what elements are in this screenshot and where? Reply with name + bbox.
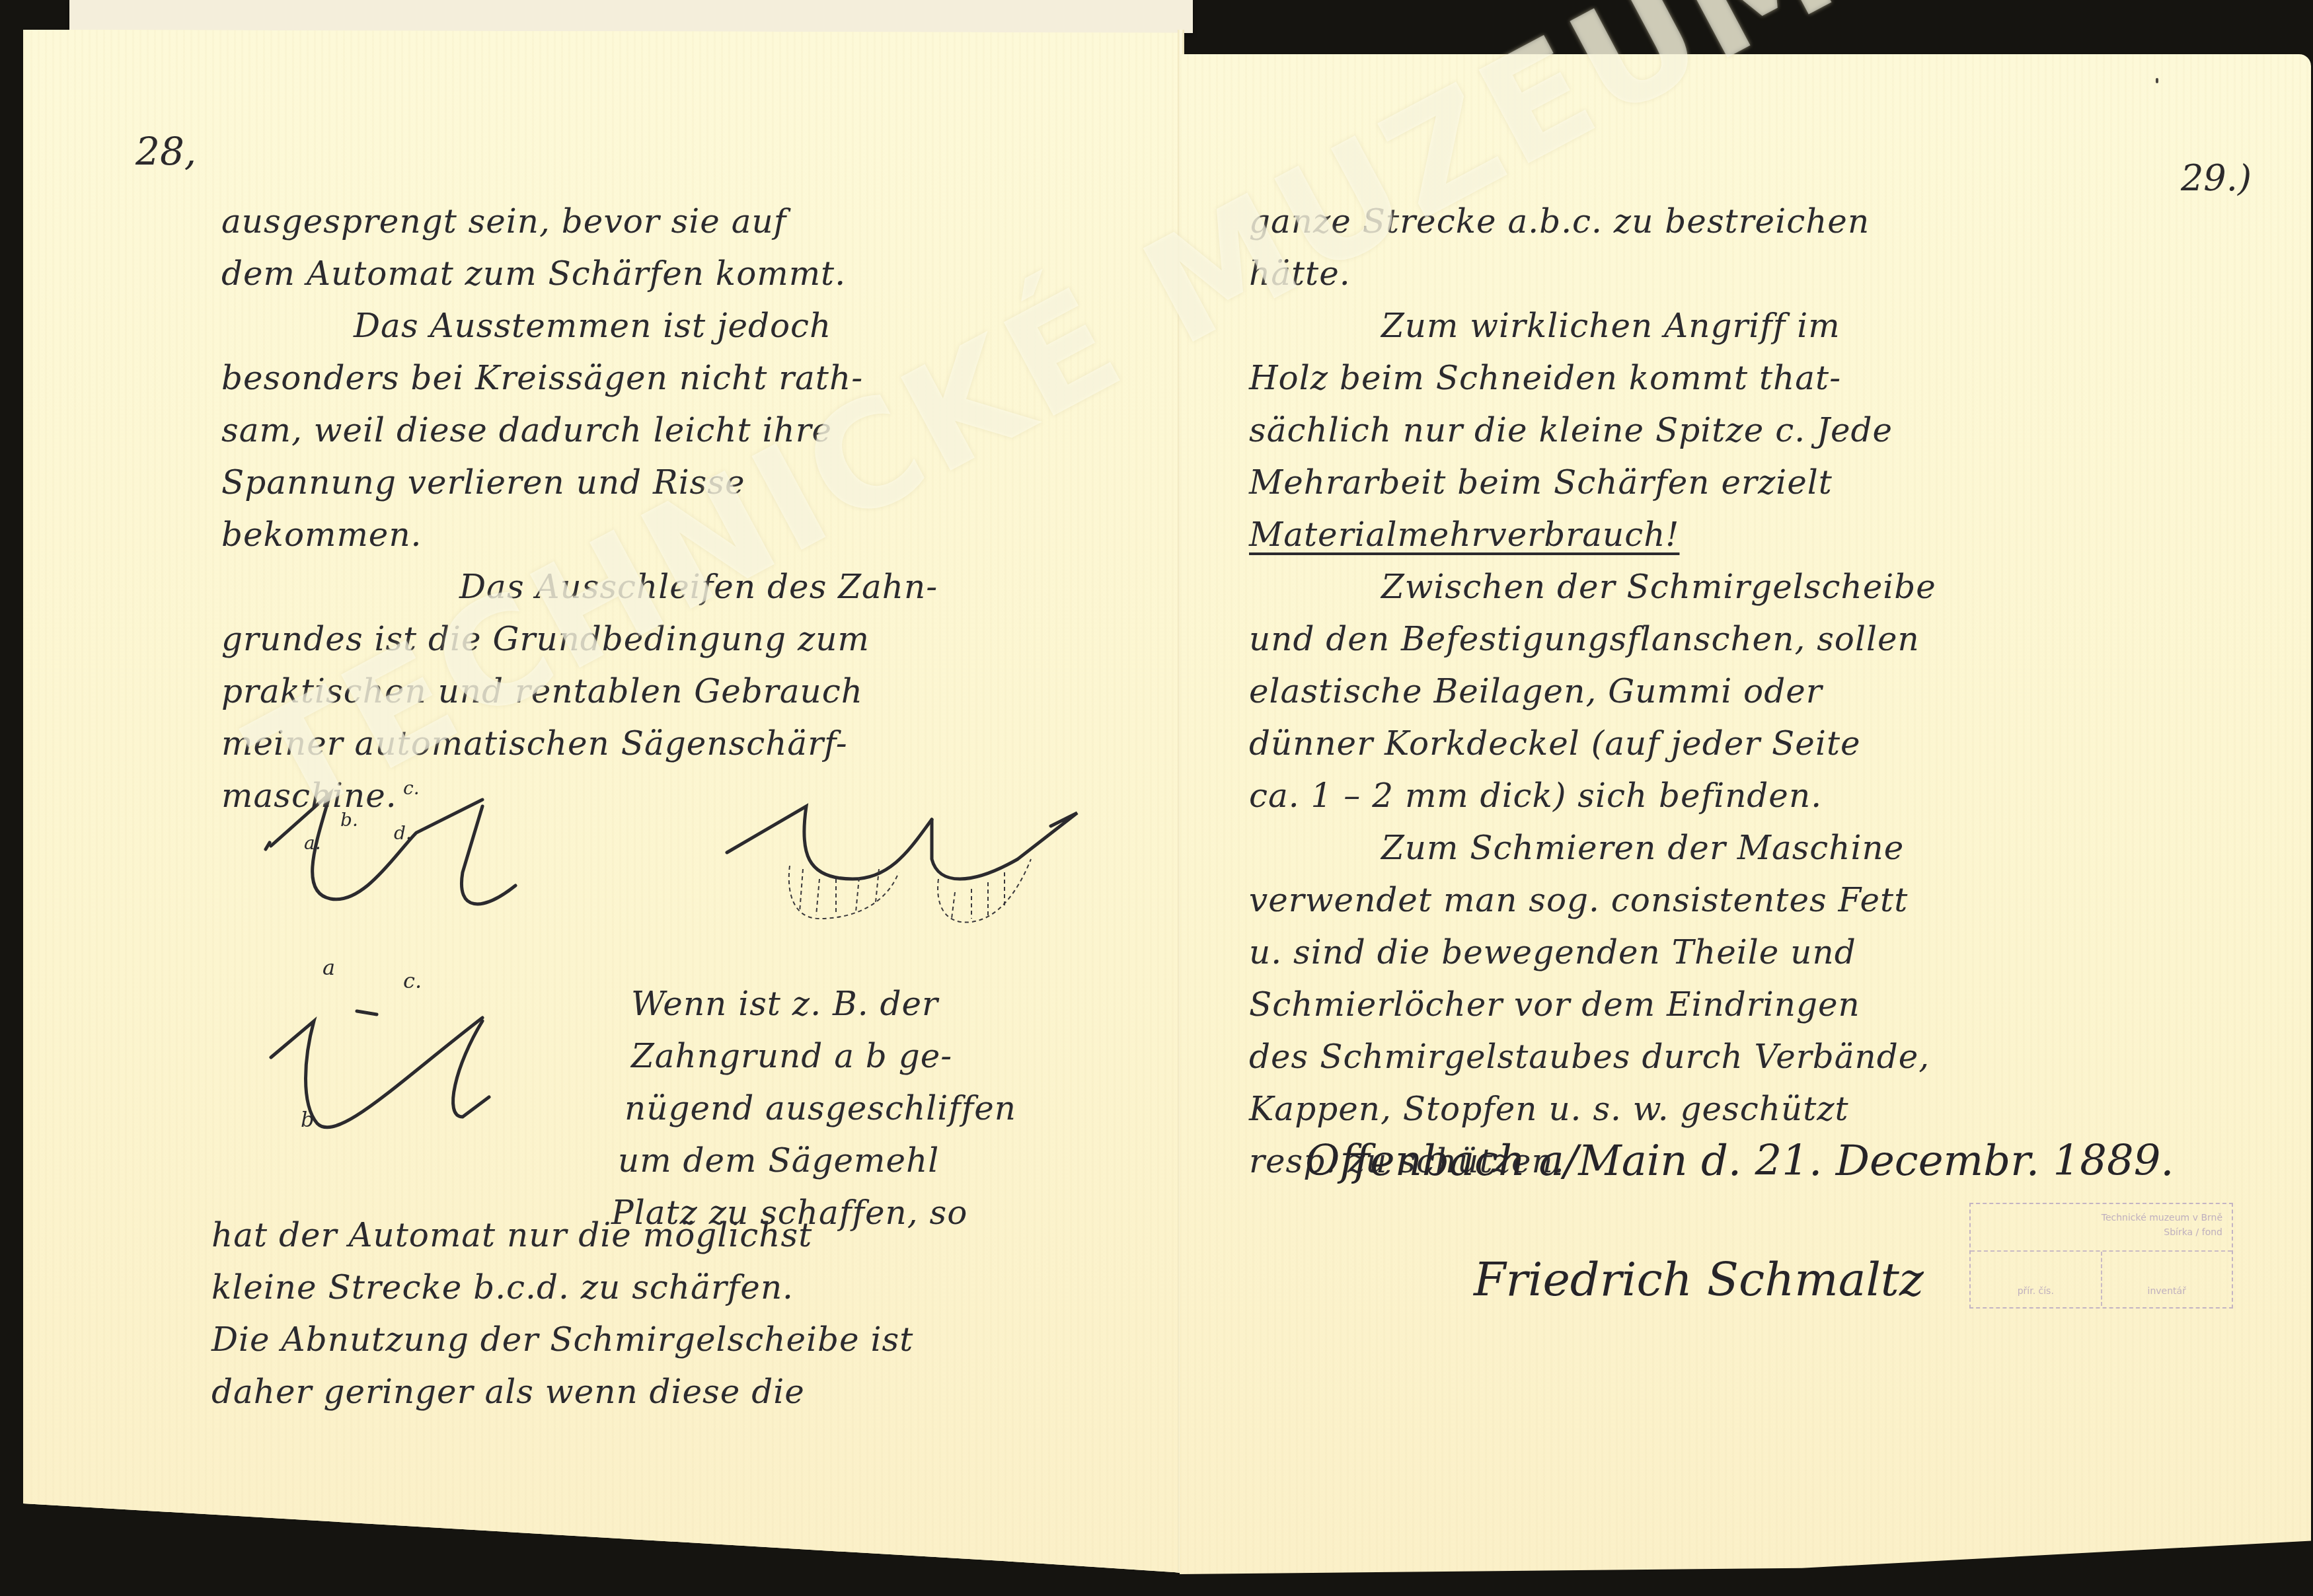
back-sheet-edge [69,0,1193,33]
page-number-left: 28, [135,129,196,174]
label-c: c. [403,777,420,799]
text-line: hätte. [1249,248,1936,300]
stamp-line-1: Technické muzeum v Brně [1980,1211,2222,1225]
text-line: Mehrarbeit beim Schärfen erzielt [1249,457,1936,509]
text-line: Zwischen der Schmirgelscheibe [1249,561,1936,613]
signature: Friedrich Schmaltz [1474,1252,1924,1307]
left-text-beside-figure: Wenn ist z. B. der Zahngrund a b ge- nüg… [605,978,1016,1239]
text-line: Holz beim Schneiden kommt that- [1249,352,1936,404]
text-line: Schmierlöcher vor dem Eindringen [1249,979,1936,1031]
text-line: daher geringer als wenn diese die [211,1366,913,1418]
text-line: ausgesprengt sein, bevor sie auf [221,196,938,248]
page-number-right: 29.) [2181,157,2252,199]
text-line: Wenn ist z. B. der [605,978,1016,1030]
stamp-cell-left: přír. čís. [1971,1252,2101,1306]
text-line: ca. 1 – 2 mm dick) sich befinden. [1249,770,1936,822]
text-line: um dem Sägemehl [605,1135,1016,1187]
text-line: u. sind die bewegenden Theile und [1249,927,1936,979]
label-b: b. [340,809,358,831]
label-c: c. [403,968,422,993]
text-line: Das Ausschleifen des Zahn- [221,561,938,613]
text-line: elastische Beilagen, Gummi oder [1249,665,1936,718]
text-line: grundes ist die Grundbedingung zum [221,613,938,665]
text-line: dünner Korkdeckel (auf jeder Seite [1249,718,1936,770]
museum-inventory-stamp: Technické muzeum v Brně Sbírka / fond př… [1969,1203,2233,1309]
text-line: und den Befestigungsflanschen, sollen [1249,613,1936,665]
text-line: Zum Schmieren der Maschine [1249,822,1936,874]
label-a: a. [304,832,321,854]
text-line: bekommen. [221,509,938,561]
saw-tooth-diagram-2-worn [720,780,1104,968]
place-and-date: Offenbach a/Main d. 21. Decembr. 1889. [1305,1137,2174,1186]
left-text-bottom: hat der Automat nur die möglichst kleine… [211,1209,913,1418]
label-d: d. [394,822,412,844]
saw-tooth-diagram-1: a. b. c. d. [264,760,661,974]
text-line: verwendet man sog. consistentes Fett [1249,874,1936,927]
label-b: b [301,1107,314,1132]
right-body-text: ganze Strecke a.b.c. zu bestreichen hätt… [1249,196,1936,1188]
text-line: Zum wirklichen Angriff im [1249,300,1936,352]
text-line-underlined: Materialmehrverbrauch! [1249,509,1936,561]
text-line: hat der Automat nur die möglichst [211,1209,913,1262]
text-line: praktischen und rentablen Gebrauch [221,665,938,718]
text-line: dem Automat zum Schärfen kommt. [221,248,938,300]
text-line: kleine Strecke b.c.d. zu schärfen. [211,1262,913,1314]
text-line: besonders bei Kreissägen nicht rath- [221,352,938,404]
text-line: Die Abnutzung der Schmirgelscheibe ist [211,1314,913,1366]
ink-speck [2156,78,2158,83]
left-body-text: ausgesprengt sein, bevor sie auf dem Aut… [221,196,938,822]
text-line: Das Ausstemmen ist jedoch [221,300,938,352]
text-line: Spannung verlieren und Risse [221,457,938,509]
label-a: a [322,955,335,980]
stamp-line-2: Sbírka / fond [1980,1225,2222,1240]
text-line: Kappen, Stopfen u. s. w. geschützt [1249,1083,1936,1135]
text-line: Zahngrund a b ge- [605,1030,1016,1083]
text-line: des Schmirgelstaubes durch Verbände, [1249,1031,1936,1083]
text-line: sächlich nur die kleine Spitze c. Jede [1249,404,1936,457]
saw-tooth-diagram-3: a b c. [264,945,634,1159]
text-line: nügend ausgeschliffen [605,1083,1016,1135]
stamp-cell-right: inventář [2101,1252,2232,1306]
text-line: ganze Strecke a.b.c. zu bestreichen [1249,196,1936,248]
text-line: sam, weil diese dadurch leicht ihre [221,404,938,457]
